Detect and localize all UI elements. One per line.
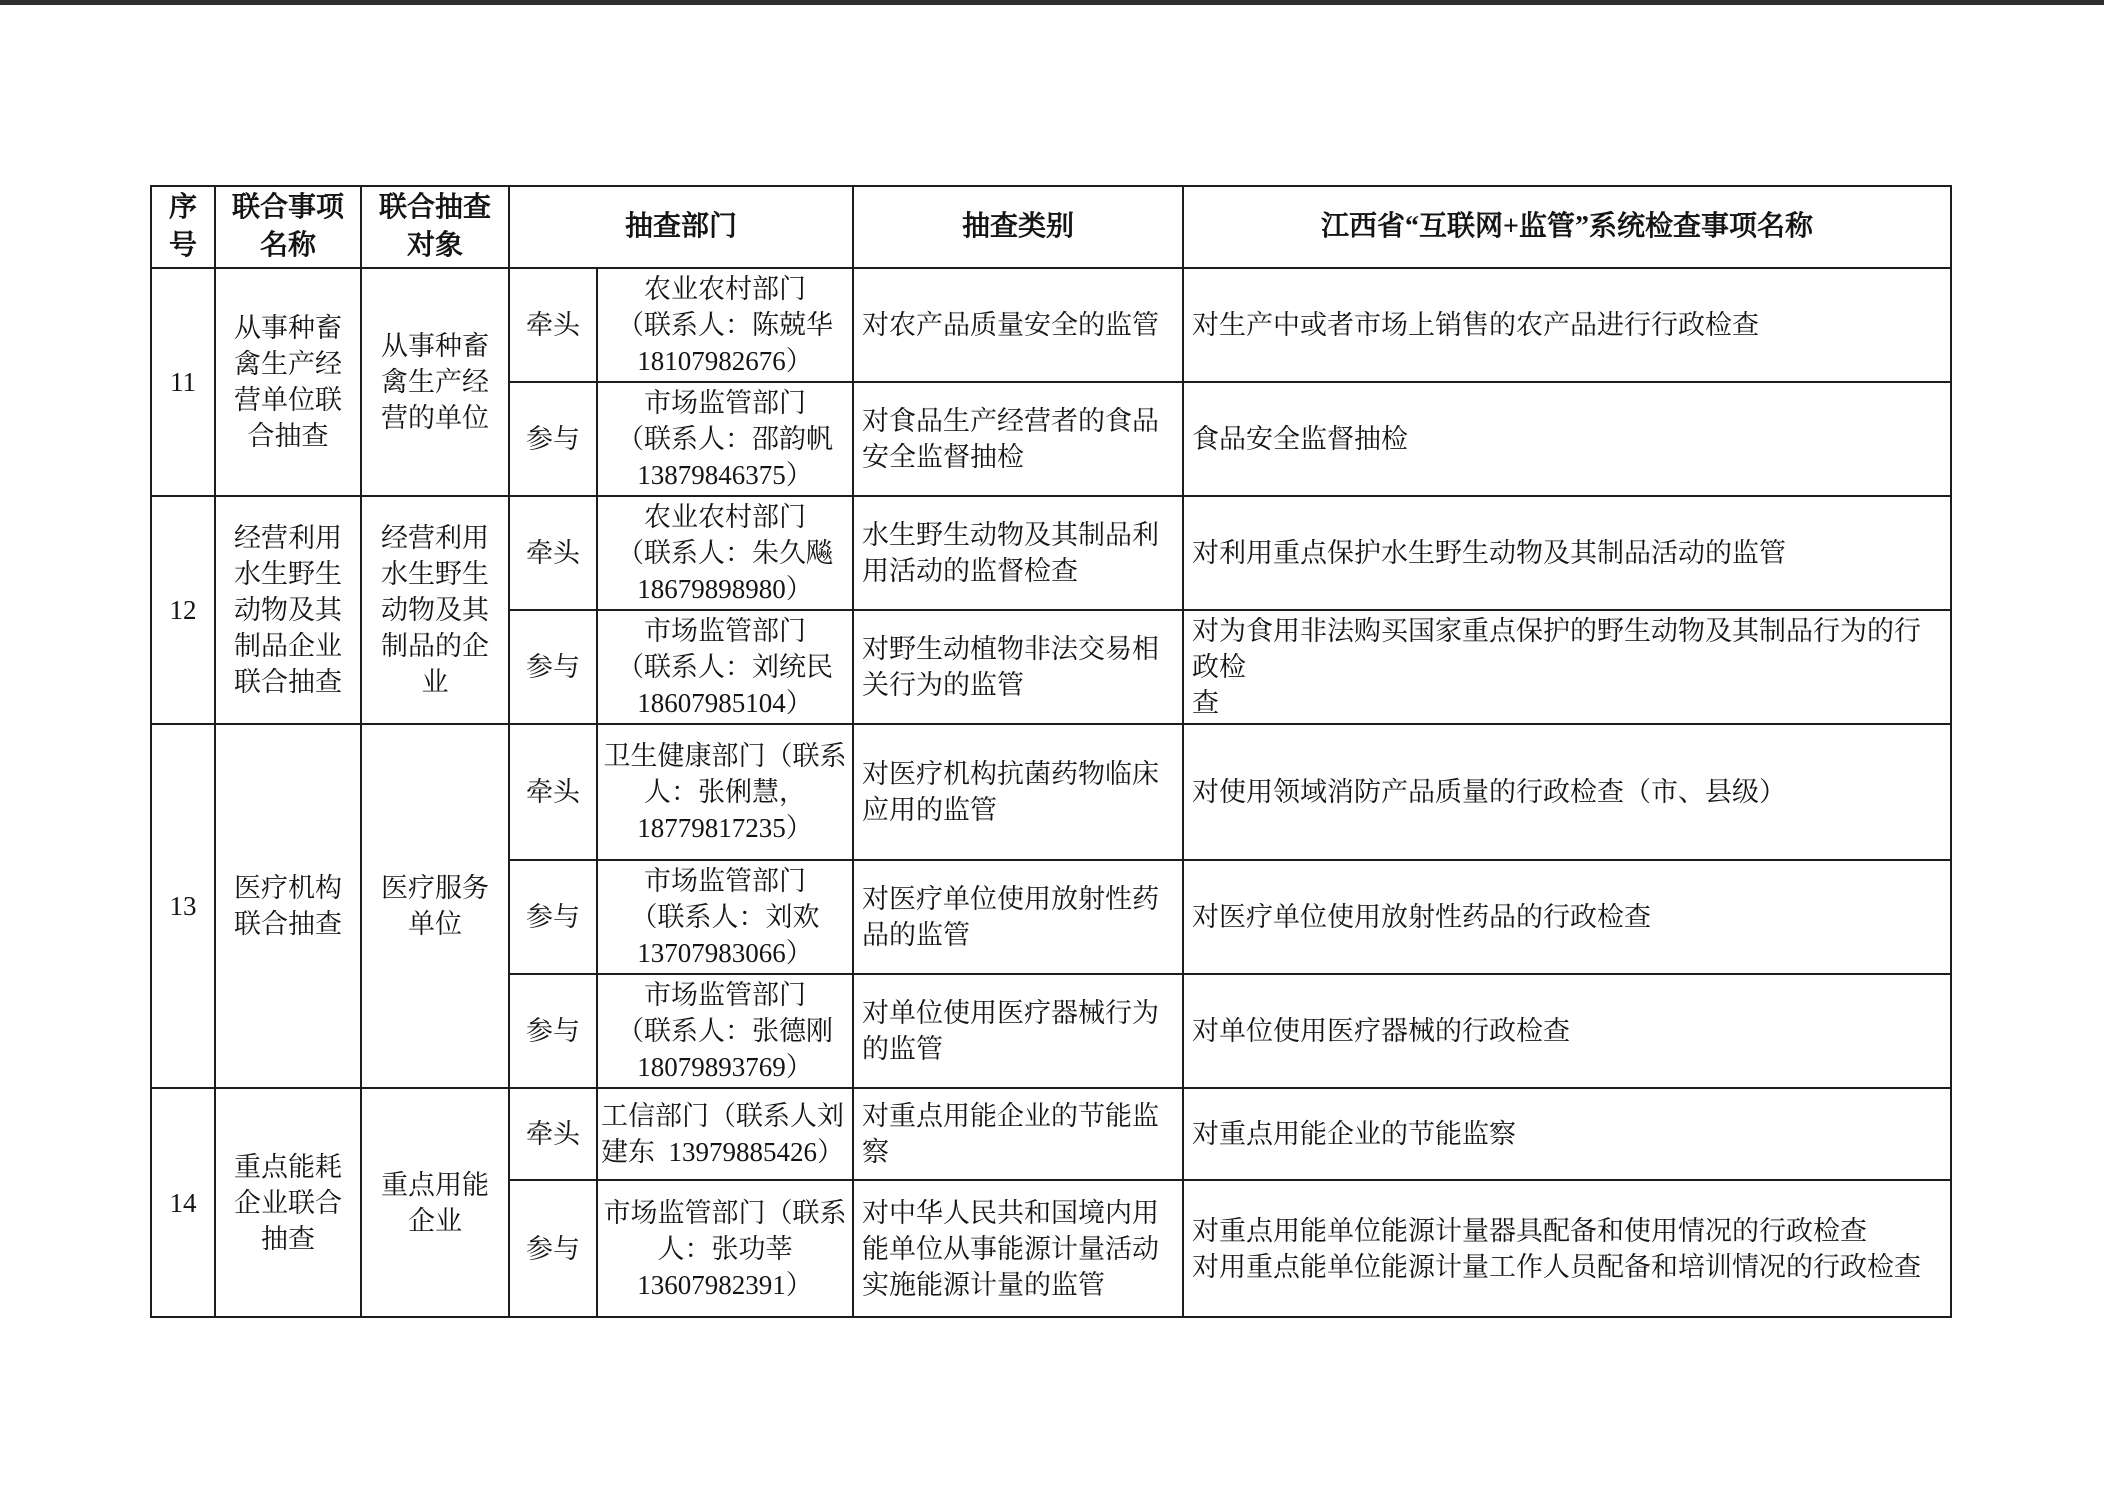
cell-joint-item-name: 从事种畜禽生产经营单位联合抽查 [215, 268, 361, 496]
cell-system-item-name: 对重点用能单位能源计量器具配备和使用情况的行政检查 对用重点能单位能源计量工作人… [1183, 1180, 1951, 1317]
table-row: 14重点能耗企业联合抽查重点用能企业牵头工信部门（联系人刘 建东 1397988… [151, 1088, 1951, 1180]
cell-inspection-target: 从事种畜禽生产经营的单位 [361, 268, 509, 496]
cell-role: 参与 [509, 610, 597, 724]
cell-department-contact: 市场监管部门（联系 人：张功莘 13607982391） [597, 1180, 853, 1317]
document-page: 序 号 联合事项 名称 联合抽查 对象 抽查部门 抽查类别 江西省“互联网+监管… [0, 0, 2104, 1488]
cell-role: 参与 [509, 974, 597, 1088]
cell-inspection-category: 对医疗单位使用放射性药品的监管 [853, 860, 1183, 974]
table-row: 11从事种畜禽生产经营单位联合抽查从事种畜禽生产经营的单位牵头农业农村部门 （联… [151, 268, 1951, 382]
cell-role: 参与 [509, 860, 597, 974]
cell-department-contact: 农业农村部门 （联系人：朱久飚 18679898980） [597, 496, 853, 610]
header-cell-joint-item-name: 联合事项 名称 [215, 186, 361, 268]
cell-inspection-target: 重点用能企业 [361, 1088, 509, 1317]
cell-inspection-category: 对单位使用医疗器械行为的监管 [853, 974, 1183, 1088]
header-cell-serial: 序 号 [151, 186, 215, 268]
cell-serial-number: 11 [151, 268, 215, 496]
cell-system-item-name: 对单位使用医疗器械的行政检查 [1183, 974, 1951, 1088]
cell-serial-number: 13 [151, 724, 215, 1088]
cell-system-item-name: 对生产中或者市场上销售的农产品进行行政检查 [1183, 268, 1951, 382]
cell-system-item-name: 对医疗单位使用放射性药品的行政检查 [1183, 860, 1951, 974]
cell-system-item-name: 对使用领域消防产品质量的行政检查（市、县级） [1183, 724, 1951, 860]
cell-department-contact: 农业农村部门 （联系人：陈兢华 18107982676） [597, 268, 853, 382]
cell-joint-item-name: 医疗机构联合抽查 [215, 724, 361, 1088]
table-row: 13医疗机构联合抽查医疗服务单位牵头卫生健康部门（联系 人：张俐慧， 18779… [151, 724, 1951, 860]
cell-department-contact: 市场监管部门 （联系人：张德刚 18079893769） [597, 974, 853, 1088]
joint-inspection-table: 序 号 联合事项 名称 联合抽查 对象 抽查部门 抽查类别 江西省“互联网+监管… [150, 185, 1952, 1318]
header-cell-inspection-target: 联合抽查 对象 [361, 186, 509, 268]
cell-inspection-category: 对重点用能企业的节能监察 [853, 1088, 1183, 1180]
cell-joint-item-name: 经营利用水生野生动物及其制品企业联合抽查 [215, 496, 361, 724]
cell-department-contact: 市场监管部门 （联系人：邵韵帆 13879846375） [597, 382, 853, 496]
table-row: 12经营利用水生野生动物及其制品企业联合抽查经营利用水生野生动物及其制品的企业牵… [151, 496, 1951, 610]
cell-inspection-category: 对野生动植物非法交易相关行为的监管 [853, 610, 1183, 724]
cell-role: 牵头 [509, 496, 597, 610]
cell-joint-item-name: 重点能耗企业联合抽查 [215, 1088, 361, 1317]
cell-inspection-category: 对农产品质量安全的监管 [853, 268, 1183, 382]
header-cell-inspection-category: 抽查类别 [853, 186, 1183, 268]
header-cell-system-item-name: 江西省“互联网+监管”系统检查事项名称 [1183, 186, 1951, 268]
cell-role: 参与 [509, 382, 597, 496]
cell-system-item-name: 对为食用非法购买国家重点保护的野生动物及其制品行为的行政检 查 [1183, 610, 1951, 724]
cell-system-item-name: 对重点用能企业的节能监察 [1183, 1088, 1951, 1180]
cell-department-contact: 工信部门（联系人刘 建东 13979885426） [597, 1088, 853, 1180]
cell-serial-number: 12 [151, 496, 215, 724]
cell-inspection-category: 对医疗机构抗菌药物临床应用的监管 [853, 724, 1183, 860]
cell-inspection-category: 水生野生动物及其制品利用活动的监督检查 [853, 496, 1183, 610]
cell-inspection-category: 对中华人民共和国境内用能单位从事能源计量活动实施能源计量的监管 [853, 1180, 1183, 1317]
cell-role: 牵头 [509, 1088, 597, 1180]
header-cell-inspection-department: 抽查部门 [509, 186, 853, 268]
cell-role: 牵头 [509, 724, 597, 860]
cell-system-item-name: 对利用重点保护水生野生动物及其制品活动的监管 [1183, 496, 1951, 610]
cell-department-contact: 卫生健康部门（联系 人：张俐慧， 18779817235） [597, 724, 853, 860]
cell-department-contact: 市场监管部门 （联系人：刘欢 13707983066） [597, 860, 853, 974]
cell-inspection-target: 医疗服务单位 [361, 724, 509, 1088]
cell-inspection-target: 经营利用水生野生动物及其制品的企业 [361, 496, 509, 724]
cell-department-contact: 市场监管部门 （联系人：刘统民 18607985104） [597, 610, 853, 724]
scan-edge-artifact [0, 0, 2104, 5]
cell-inspection-category: 对食品生产经营者的食品安全监督抽检 [853, 382, 1183, 496]
cell-system-item-name: 食品安全监督抽检 [1183, 382, 1951, 496]
cell-serial-number: 14 [151, 1088, 215, 1317]
cell-role: 参与 [509, 1180, 597, 1317]
cell-role: 牵头 [509, 268, 597, 382]
table-header-row: 序 号 联合事项 名称 联合抽查 对象 抽查部门 抽查类别 江西省“互联网+监管… [151, 186, 1951, 268]
